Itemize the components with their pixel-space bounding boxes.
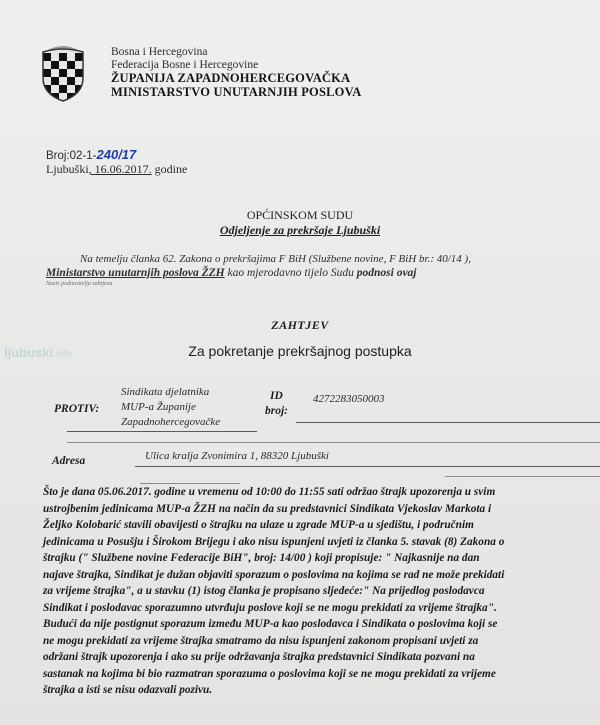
separator-line bbox=[67, 442, 600, 443]
body-line: štrajku (" Službene novine Federacije Bi… bbox=[43, 550, 563, 567]
legal-basis: Na temelju članka 62. Zakona o prekršaji… bbox=[80, 253, 471, 265]
submitter-line: Ministarstvo unutarnjih poslova ŽZH kao … bbox=[46, 267, 417, 279]
body-line: Željko Kolobarić stavili obavijesti o št… bbox=[43, 517, 563, 534]
protiv-underline bbox=[67, 431, 257, 432]
place-date: Ljubuški, 16.06.2017. godine bbox=[46, 162, 187, 177]
watermark-tld: .info bbox=[53, 349, 72, 360]
body-line: održani štrajk upozorenja i ako su prije… bbox=[43, 649, 563, 666]
adresa-value: Ulica kralja Zvonimira 1, 88320 Ljubuški bbox=[145, 450, 329, 462]
body-paragraph: Što je dana 05.06.2017. godine u vremenu… bbox=[43, 484, 563, 699]
id-broj-label: broj: bbox=[265, 405, 288, 417]
body-line: Što je dana 05.06.2017. godine u vremenu… bbox=[43, 484, 563, 501]
id-label: ID bbox=[270, 390, 283, 402]
protiv-value-1: Sindikata djelatnika bbox=[121, 386, 209, 398]
body-line: najave štrajka, Sindikat je dužan objavi… bbox=[43, 567, 563, 584]
handwritten-number: 240/17 bbox=[97, 147, 137, 162]
reference-number: Broj:02-1-240/17 bbox=[46, 147, 136, 162]
court-department-text: Odjeljenje za prekršaje Ljubuški bbox=[220, 223, 380, 237]
id-underline bbox=[296, 422, 600, 423]
submitter-rest: kao mjerodavno tijelo Sudu bbox=[225, 267, 357, 279]
header-country: Bosna i Hercegovina bbox=[111, 46, 207, 59]
id-value: 4272283050003 bbox=[313, 393, 385, 405]
court-department: Odjeljenje za prekršaje Ljubuški bbox=[0, 223, 600, 238]
date-suffix: godine bbox=[155, 162, 188, 176]
body-line: ne mogu prekidati za vrijeme štrajka sma… bbox=[43, 633, 563, 650]
submitter-note: Naziv podnositelja zahtjeva bbox=[46, 281, 112, 287]
adresa-label: Adresa bbox=[52, 455, 85, 467]
body-line: za vrijeme štrajka", a u stavku (1) isto… bbox=[43, 583, 563, 600]
date: 16.06.2017. bbox=[95, 162, 152, 176]
body-line: štrajka a isti se nisu odazvali pozivu. bbox=[43, 682, 563, 699]
header-canton: ŽUPANIJA ZAPADNOHERCEGOVAČKA bbox=[111, 72, 350, 85]
submits-text: podnosi ovaj bbox=[357, 267, 417, 279]
header-ministry: MINISTARSTVO UNUTARNJIH POSLOVA bbox=[111, 86, 361, 99]
protiv-label: PROTIV: bbox=[54, 403, 99, 415]
body-line: sastanak na kojima bi bio razmatran spor… bbox=[43, 666, 563, 683]
document-title: ZAHTJEV bbox=[0, 318, 600, 333]
coat-of-arms-icon bbox=[40, 44, 86, 102]
body-line: ustrojbenim jedinicama MUP-a ŽZH na nači… bbox=[43, 501, 563, 518]
body-line: Budući da nije postignut sporazum između… bbox=[43, 616, 563, 633]
body-line: jedinicama u Posušju i Širokom Brijegu i… bbox=[43, 534, 563, 551]
submitter-name: Ministarstvo unutarnjih poslova ŽZH bbox=[46, 267, 225, 279]
court-name: OPĆINSKOM SUDU bbox=[0, 208, 600, 223]
protiv-value-3: Zapadnohercegovačke bbox=[121, 416, 220, 428]
document-page: Bosna i Hercegovina Federacija Bosne i H… bbox=[0, 0, 600, 725]
watermark-brand: ljubuski bbox=[4, 345, 53, 360]
adresa-underline bbox=[135, 466, 600, 467]
body-line: Sindikat i poslodavac sporazumno utvrđuj… bbox=[43, 600, 563, 617]
watermark-logo: ljubuski.info bbox=[4, 345, 72, 360]
place: Ljubuški bbox=[46, 162, 89, 176]
document-subtitle: Za pokretanje prekršajnog postupka bbox=[0, 343, 600, 359]
protiv-value-2: MUP-a Županije bbox=[121, 401, 196, 413]
short-rule-right bbox=[445, 476, 600, 477]
reference-number-label: Broj:02-1- bbox=[46, 150, 97, 162]
